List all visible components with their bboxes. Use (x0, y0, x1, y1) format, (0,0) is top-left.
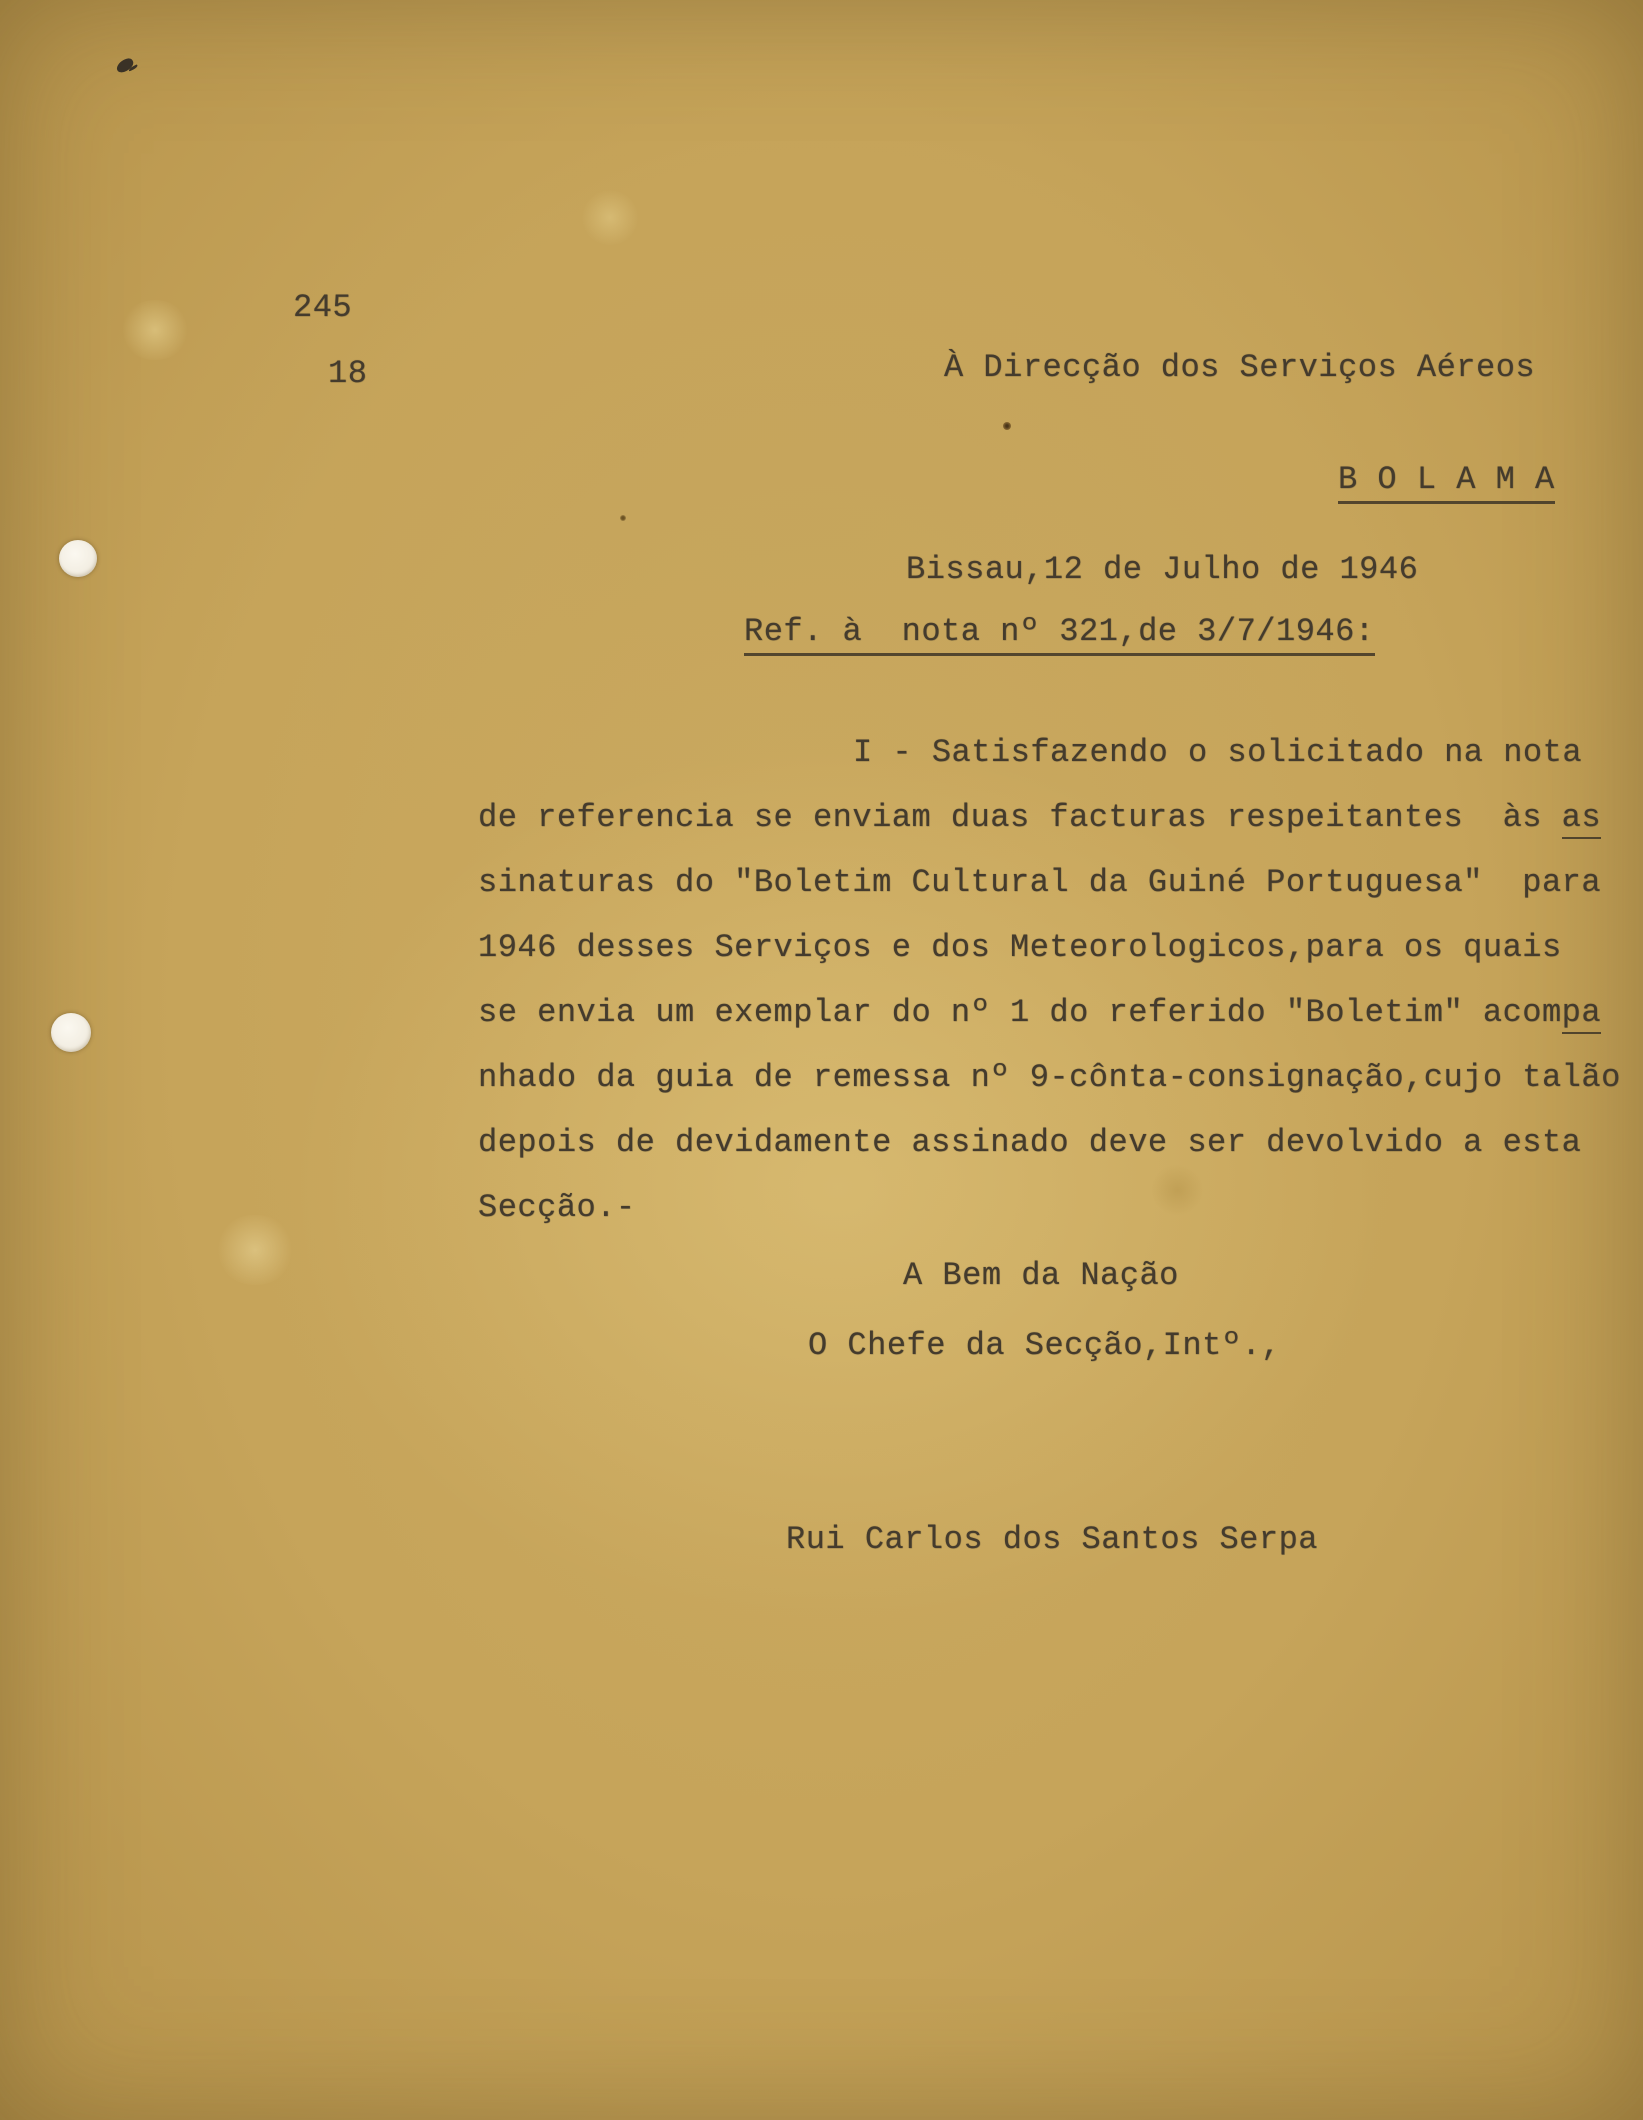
body-line-continuation: as (1562, 799, 1601, 839)
page-number: 245 (293, 288, 352, 328)
signer-title: O Chefe da Secção,Intº., (808, 1326, 1281, 1366)
dateline: Bissau,12 de Julho de 1946 (906, 550, 1418, 590)
reference-text: Ref. à nota nº 321,de 3/7/1946: (744, 613, 1375, 656)
body-line: depois de devidamente assinado deve ser … (478, 1123, 1581, 1163)
paper-speck-2 (620, 515, 626, 521)
body-line-text: I - Satisfazendo o solicitado na nota (853, 734, 1582, 771)
punch-hole-top (59, 540, 97, 577)
body-line-text: 1946 desses Serviços e dos Meteorologico… (478, 929, 1562, 966)
body-line: sinaturas do "Boletim Cultural da Guiné … (478, 863, 1601, 903)
paper-stain-3 (580, 190, 640, 245)
body-line-text: depois de devidamente assinado deve ser … (478, 1124, 1581, 1161)
paper-stain-2 (215, 1215, 295, 1285)
paper-speck-1 (1003, 422, 1011, 430)
body-line-text: Secção.- (478, 1189, 636, 1226)
body-line: Secção.- (478, 1188, 636, 1228)
scanned-letter-page: 245 18 À Direcção dos Serviços Aéreos B … (0, 0, 1643, 2120)
document-number: 18 (328, 354, 367, 394)
punch-hole-bottom (51, 1013, 91, 1052)
recipient-line: À Direcção dos Serviços Aéreos (944, 348, 1535, 388)
body-line-text: de referencia se enviam duas facturas re… (478, 799, 1562, 836)
ink-mark (114, 56, 135, 74)
paper-stain-4 (1150, 1165, 1205, 1215)
valediction: A Bem da Nação (903, 1256, 1179, 1296)
body-line: se envia um exemplar do nº 1 do referido… (478, 993, 1601, 1033)
signer-name: Rui Carlos dos Santos Serpa (786, 1520, 1318, 1560)
body-line: I - Satisfazendo o solicitado na nota (853, 733, 1582, 773)
location-text: B O L A M A (1338, 461, 1555, 504)
body-line-text: sinaturas do "Boletim Cultural da Guiné … (478, 864, 1601, 901)
body-line-text: nhado da guia de remessa nº 9-cônta-cons… (478, 1059, 1621, 1096)
location-line: B O L A M A (1338, 460, 1555, 500)
reference-line: Ref. à nota nº 321,de 3/7/1946: (744, 612, 1375, 652)
body-line-continuation: pa (1562, 994, 1601, 1034)
body-line: nhado da guia de remessa nº 9-cônta-cons… (478, 1058, 1621, 1098)
body-line-text: se envia um exemplar do nº 1 do referido… (478, 994, 1562, 1031)
body-line: 1946 desses Serviços e dos Meteorologico… (478, 928, 1562, 968)
body-line: de referencia se enviam duas facturas re… (478, 798, 1601, 838)
paper-stain-1 (120, 300, 190, 360)
